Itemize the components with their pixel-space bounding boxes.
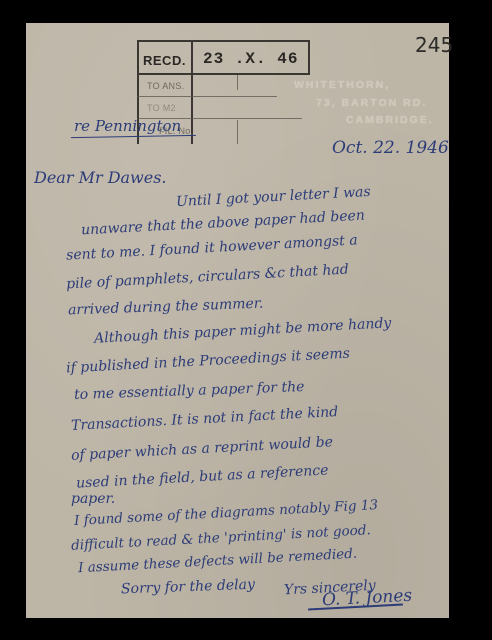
body-line: used in the field, but as a reference [76, 462, 329, 491]
body-line: paper. [71, 491, 115, 507]
reference-line: re Pennington [74, 117, 181, 135]
letter-page: 245 RECD. 23 .X. 46 TO ANS. TO M2 FIL. N… [26, 23, 449, 618]
stamp-tick [237, 120, 238, 144]
stamp-border-right [308, 40, 310, 75]
stamp-tick [237, 75, 238, 90]
received-date: 23 .X. 46 [203, 50, 298, 68]
body-line: to me essentially a paper for the [74, 379, 305, 403]
letterhead-line-1: WHITETHORN, [294, 79, 390, 91]
received-label: RECD. [143, 53, 186, 68]
body-line: Although this paper might be more handy [94, 315, 392, 347]
stamp-border-top [137, 40, 309, 42]
stamp-row-line [137, 96, 277, 97]
body-line: sent to me. I found it however amongst a [66, 232, 358, 263]
body-line: Until I got your letter I was [176, 184, 371, 210]
letterhead-line-2: 73, BARTON RD. [316, 97, 427, 109]
salutation: Dear Mr Dawes. [34, 168, 167, 187]
page-number: 245 [415, 33, 453, 57]
body-line: arrived during the summer. [68, 296, 264, 319]
body-line: pile of pamphlets, circulars &c that had [66, 262, 349, 293]
body-line: of paper which as a reprint would be [71, 434, 334, 464]
stamp-divider [137, 73, 309, 75]
letterhead-line-3: CAMBRIDGE. [346, 114, 434, 126]
to-answer-label: TO ANS. [147, 81, 184, 91]
body-line: Transactions. It is not in fact the kind [71, 404, 339, 434]
body-line: if published in the Proceedings it seems [66, 346, 350, 377]
letter-date: Oct. 22. 1946 [332, 138, 449, 158]
stamp-row3-label: TO M2 [147, 103, 176, 113]
body-line: Sorry for the delay [121, 577, 255, 598]
